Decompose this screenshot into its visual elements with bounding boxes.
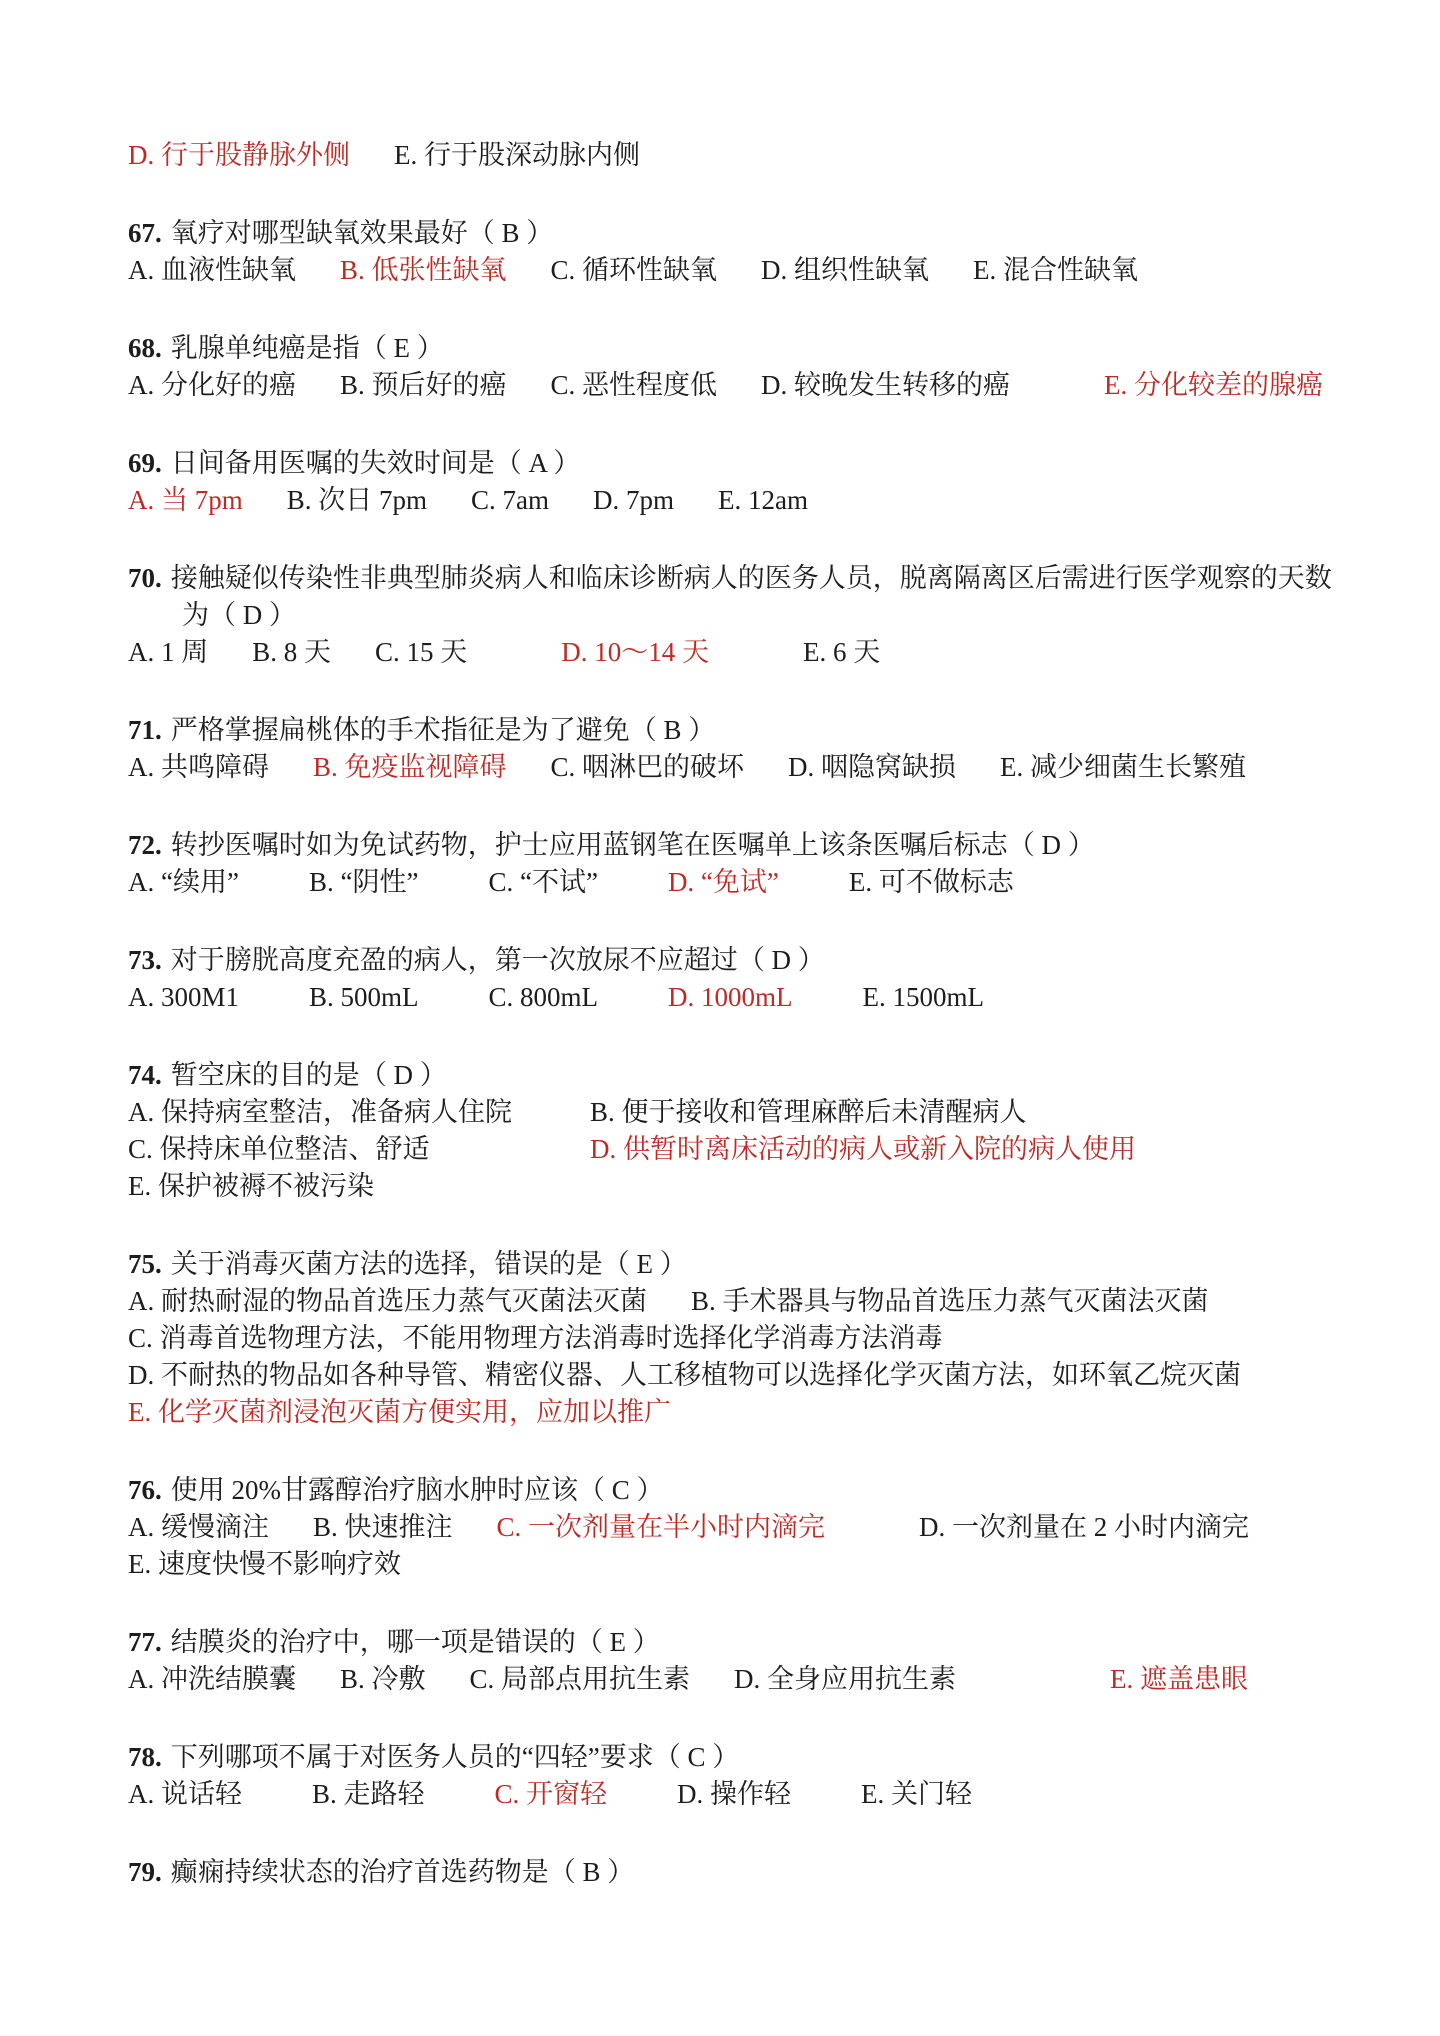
question-number: 68.	[128, 333, 162, 363]
option-a: A. “续用”	[128, 864, 239, 901]
option-b: B. 次日 7pm	[287, 482, 427, 519]
question-79: 79.癫痫持续状态的治疗首选药物是（ B ）	[128, 1854, 1380, 1891]
question-number: 77.	[128, 1627, 162, 1657]
option-d: D. 7pm	[593, 482, 674, 519]
question-number: 78.	[128, 1742, 162, 1772]
question-number: 72.	[128, 830, 162, 860]
question-74: 74.暂空床的目的是（ D ）A. 保持病室整洁，准备病人住院B. 便于接收和管…	[128, 1057, 1380, 1205]
option-b: B. 快速推注	[313, 1509, 453, 1546]
option-e: E. 6 天	[803, 634, 880, 671]
option-e-correct: E. 化学灭菌剂浸泡灭菌方便实用，应加以推广	[128, 1394, 671, 1431]
option-line: C. 保持床单位整洁、舒适D. 供暂时离床活动的病人或新入院的病人使用	[128, 1131, 1380, 1168]
question-stem-line: 78.下列哪项不属于对医务人员的“四轻”要求（ C ）	[128, 1739, 1380, 1776]
option-d: D. 全身应用抗生素	[734, 1661, 956, 1698]
question-stem: 为（ D ）	[182, 600, 296, 630]
option-d-correct: D. 行于股静脉外侧	[128, 137, 350, 174]
question-stem-line: 73.对于膀胱高度充盈的病人，第一次放尿不应超过（ D ）	[128, 942, 1380, 979]
question-66-continued: D. 行于股静脉外侧E. 行于股深动脉内侧	[128, 137, 1380, 174]
option-e: E. 混合性缺氧	[973, 252, 1138, 289]
exam-page: D. 行于股静脉外侧E. 行于股深动脉内侧67.氧疗对哪型缺氧效果最好（ B ）…	[0, 0, 1440, 2036]
option-line: E. 速度快慢不影响疗效	[128, 1546, 1380, 1583]
option-c: C. 15 天	[375, 634, 467, 671]
option-b-correct: B. 低张性缺氧	[340, 252, 507, 289]
question-stem-continued: 为（ D ）	[128, 597, 1380, 634]
question-stem: 对于膀胱高度充盈的病人，第一次放尿不应超过（ D ）	[171, 945, 825, 975]
option-b: B. 走路轻	[312, 1776, 425, 1813]
question-stem-line: 67.氧疗对哪型缺氧效果最好（ B ）	[128, 215, 1380, 252]
option-c: C. 7am	[471, 482, 549, 519]
option-e: E. 关门轻	[861, 1776, 972, 1813]
option-line: A. 血液性缺氧B. 低张性缺氧C. 循环性缺氧D. 组织性缺氧E. 混合性缺氧	[128, 252, 1380, 289]
question-stem-line: 72.转抄医嘱时如为免试药物，护士应用蓝钢笔在医嘱单上该条医嘱后标志（ D ）	[128, 827, 1380, 864]
question-stem: 结膜炎的治疗中，哪一项是错误的（ E ）	[171, 1627, 660, 1657]
question-stem: 乳腺单纯癌是指（ E ）	[171, 333, 444, 363]
option-a: A. 1 周	[128, 634, 208, 671]
option-line: A. 缓慢滴注B. 快速推注C. 一次剂量在半小时内滴完D. 一次剂量在 2 小…	[128, 1509, 1380, 1546]
option-e: E. 可不做标志	[849, 864, 1014, 901]
option-d: D. 不耐热的物品如各种导管、精密仪器、人工移植物可以选择化学灭菌方法，如环氧乙…	[128, 1357, 1241, 1394]
question-stem: 日间备用医嘱的失效时间是（ A ）	[171, 448, 581, 478]
question-stem: 转抄医嘱时如为免试药物，护士应用蓝钢笔在医嘱单上该条医嘱后标志（ D ）	[171, 830, 1095, 860]
question-78: 78.下列哪项不属于对医务人员的“四轻”要求（ C ）A. 说话轻B. 走路轻C…	[128, 1739, 1380, 1813]
option-b: B. 便于接收和管理麻醉后未清醒病人	[590, 1094, 1027, 1131]
question-stem-line: 76.使用 20%甘露醇治疗脑水肿时应该（ C ）	[128, 1472, 1380, 1509]
option-a-correct: A. 当 7pm	[128, 482, 243, 519]
question-stem: 使用 20%甘露醇治疗脑水肿时应该（ C ）	[171, 1475, 664, 1505]
question-75: 75.关于消毒灭菌方法的选择，错误的是（ E ）A. 耐热耐湿的物品首选压力蒸气…	[128, 1246, 1380, 1431]
option-line: E. 化学灭菌剂浸泡灭菌方便实用，应加以推广	[128, 1394, 1380, 1431]
question-number: 76.	[128, 1475, 162, 1505]
option-d-correct: D. “免试”	[668, 864, 779, 901]
question-number: 75.	[128, 1249, 162, 1279]
option-e: E. 12am	[718, 482, 808, 519]
option-a: A. 说话轻	[128, 1776, 242, 1813]
option-a: A. 300M1	[128, 979, 239, 1016]
option-d: D. 操作轻	[677, 1776, 791, 1813]
option-b: B. 8 天	[252, 634, 331, 671]
option-b: B. 手术器具与物品首选压力蒸气灭菌法灭菌	[691, 1283, 1209, 1320]
option-d-correct: D. 10～14 天	[561, 634, 709, 671]
option-b-correct: B. 免疫监视障碍	[313, 749, 507, 786]
question-stem: 下列哪项不属于对医务人员的“四轻”要求（ C ）	[171, 1742, 739, 1772]
option-line: A. 300M1B. 500mLC. 800mLD. 1000mLE. 1500…	[128, 979, 1380, 1016]
option-e-correct: E. 遮盖患眼	[1110, 1661, 1248, 1698]
question-stem-line: 70.接触疑似传染性非典型肺炎病人和临床诊断病人的医务人员，脱离隔离区后需进行医…	[128, 560, 1380, 597]
option-c: C. 800mL	[489, 979, 599, 1016]
option-line: D. 不耐热的物品如各种导管、精密仪器、人工移植物可以选择化学灭菌方法，如环氧乙…	[128, 1357, 1380, 1394]
option-d: D. 组织性缺氧	[761, 252, 929, 289]
question-number: 69.	[128, 448, 162, 478]
option-c: C. “不试”	[488, 864, 597, 901]
option-e: E. 减少细菌生长繁殖	[1000, 749, 1246, 786]
question-stem: 癫痫持续状态的治疗首选药物是（ B ）	[171, 1857, 635, 1887]
option-b: B. 500mL	[309, 979, 419, 1016]
question-67: 67.氧疗对哪型缺氧效果最好（ B ）A. 血液性缺氧B. 低张性缺氧C. 循环…	[128, 215, 1380, 289]
option-line: A. 保持病室整洁，准备病人住院B. 便于接收和管理麻醉后未清醒病人	[128, 1094, 1380, 1131]
option-d-correct: D. 1000mL	[668, 979, 793, 1016]
question-stem-line: 71.严格掌握扁桃体的手术指征是为了避免（ B ）	[128, 712, 1380, 749]
question-stem: 氧疗对哪型缺氧效果最好（ B ）	[171, 218, 554, 248]
option-a: A. 分化好的癌	[128, 367, 296, 404]
question-70: 70.接触疑似传染性非典型肺炎病人和临床诊断病人的医务人员，脱离隔离区后需进行医…	[128, 560, 1380, 671]
question-number: 70.	[128, 563, 162, 593]
question-77: 77.结膜炎的治疗中，哪一项是错误的（ E ）A. 冲洗结膜囊B. 冷敷C. 局…	[128, 1624, 1380, 1698]
question-72: 72.转抄医嘱时如为免试药物，护士应用蓝钢笔在医嘱单上该条医嘱后标志（ D ）A…	[128, 827, 1380, 901]
option-d: D. 一次剂量在 2 小时内滴完	[919, 1509, 1249, 1546]
question-stem-line: 69.日间备用医嘱的失效时间是（ A ）	[128, 445, 1380, 482]
option-c: C. 咽淋巴的破坏	[551, 749, 745, 786]
question-76: 76.使用 20%甘露醇治疗脑水肿时应该（ C ）A. 缓慢滴注B. 快速推注C…	[128, 1472, 1380, 1583]
option-b: B. “阴性”	[309, 864, 418, 901]
option-c: C. 循环性缺氧	[551, 252, 718, 289]
option-line: A. 冲洗结膜囊B. 冷敷C. 局部点用抗生素D. 全身应用抗生素E. 遮盖患眼	[128, 1661, 1380, 1698]
question-stem-line: 75.关于消毒灭菌方法的选择，错误的是（ E ）	[128, 1246, 1380, 1283]
option-a: A. 共鸣障碍	[128, 749, 269, 786]
option-line: E. 保护被褥不被污染	[128, 1168, 1380, 1205]
question-stem: 暂空床的目的是（ D ）	[171, 1060, 447, 1090]
question-number: 71.	[128, 715, 162, 745]
option-line: A. 耐热耐湿的物品首选压力蒸气灭菌法灭菌B. 手术器具与物品首选压力蒸气灭菌法…	[128, 1283, 1380, 1320]
question-69: 69.日间备用医嘱的失效时间是（ A ）A. 当 7pmB. 次日 7pmC. …	[128, 445, 1380, 519]
option-line: A. “续用”B. “阴性”C. “不试”D. “免试”E. 可不做标志	[128, 864, 1380, 901]
option-d: D. 咽隐窝缺损	[788, 749, 956, 786]
question-73: 73.对于膀胱高度充盈的病人，第一次放尿不应超过（ D ）A. 300M1B. …	[128, 942, 1380, 1016]
option-b: B. 预后好的癌	[340, 367, 507, 404]
option-e: E. 行于股深动脉内侧	[394, 137, 640, 174]
question-stem: 严格掌握扁桃体的手术指征是为了避免（ B ）	[171, 715, 716, 745]
option-a: A. 保持病室整洁，准备病人住院	[128, 1094, 590, 1131]
option-c-correct: C. 开窗轻	[495, 1776, 608, 1813]
question-number: 79.	[128, 1857, 162, 1887]
question-71: 71.严格掌握扁桃体的手术指征是为了避免（ B ）A. 共鸣障碍B. 免疫监视障…	[128, 712, 1380, 786]
option-line: D. 行于股静脉外侧E. 行于股深动脉内侧	[128, 137, 1380, 174]
question-stem-line: 79.癫痫持续状态的治疗首选药物是（ B ）	[128, 1854, 1380, 1891]
option-e: E. 速度快慢不影响疗效	[128, 1546, 401, 1583]
option-line: A. 说话轻B. 走路轻C. 开窗轻D. 操作轻E. 关门轻	[128, 1776, 1380, 1813]
option-c: C. 保持床单位整洁、舒适	[128, 1131, 590, 1168]
option-a: A. 缓慢滴注	[128, 1509, 269, 1546]
option-a: A. 冲洗结膜囊	[128, 1661, 296, 1698]
question-68: 68.乳腺单纯癌是指（ E ）A. 分化好的癌B. 预后好的癌C. 恶性程度低D…	[128, 330, 1380, 404]
option-line: A. 1 周B. 8 天C. 15 天D. 10～14 天E. 6 天	[128, 634, 1380, 671]
option-e-correct: E. 分化较差的腺癌	[1104, 367, 1323, 404]
option-c: C. 局部点用抗生素	[470, 1661, 691, 1698]
option-b: B. 冷敷	[340, 1661, 426, 1698]
question-number: 73.	[128, 945, 162, 975]
option-d-correct: D. 供暂时离床活动的病人或新入院的病人使用	[590, 1131, 1136, 1168]
question-stem: 关于消毒灭菌方法的选择，错误的是（ E ）	[171, 1249, 687, 1279]
option-line: A. 当 7pmB. 次日 7pmC. 7amD. 7pmE. 12am	[128, 482, 1380, 519]
option-e: E. 1500mL	[863, 979, 985, 1016]
option-line: A. 共鸣障碍B. 免疫监视障碍C. 咽淋巴的破坏D. 咽隐窝缺损E. 减少细菌…	[128, 749, 1380, 786]
option-e: E. 保护被褥不被污染	[128, 1168, 374, 1205]
question-number: 67.	[128, 218, 162, 248]
option-line: C. 消毒首选物理方法，不能用物理方法消毒时选择化学消毒方法消毒	[128, 1320, 1380, 1357]
question-stem-line: 74.暂空床的目的是（ D ）	[128, 1057, 1380, 1094]
question-stem: 接触疑似传染性非典型肺炎病人和临床诊断病人的医务人员，脱离隔离区后需进行医学观察…	[171, 563, 1332, 593]
option-a: A. 耐热耐湿的物品首选压力蒸气灭菌法灭菌	[128, 1283, 647, 1320]
option-d: D. 较晚发生转移的癌	[761, 367, 1010, 404]
option-c: C. 恶性程度低	[551, 367, 718, 404]
question-number: 74.	[128, 1060, 162, 1090]
option-c-correct: C. 一次剂量在半小时内滴完	[497, 1509, 826, 1546]
question-stem-line: 68.乳腺单纯癌是指（ E ）	[128, 330, 1380, 367]
question-stem-line: 77.结膜炎的治疗中，哪一项是错误的（ E ）	[128, 1624, 1380, 1661]
option-a: A. 血液性缺氧	[128, 252, 296, 289]
option-line: A. 分化好的癌B. 预后好的癌C. 恶性程度低D. 较晚发生转移的癌E. 分化…	[128, 367, 1380, 404]
option-c: C. 消毒首选物理方法，不能用物理方法消毒时选择化学消毒方法消毒	[128, 1320, 943, 1357]
